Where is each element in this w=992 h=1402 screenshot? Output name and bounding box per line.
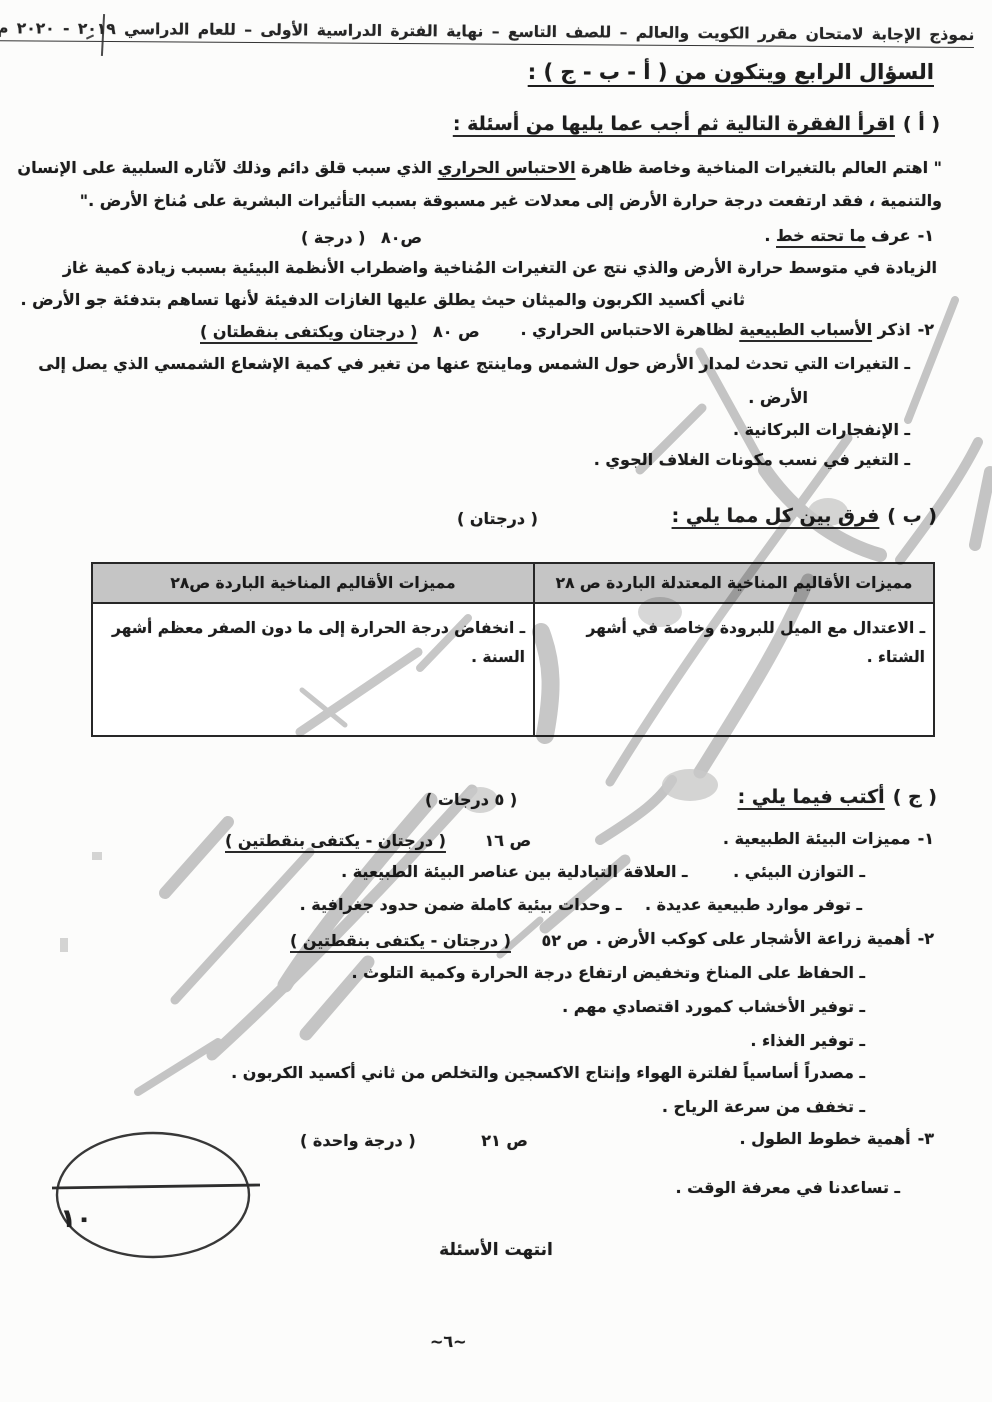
section-a-heading-text: اقرأ الفقرة التالية ثم أجب عما يليها من … (453, 113, 895, 135)
question-c3: ٣-أهمية خطوط الطول . (740, 1129, 935, 1148)
question-c2-number: ٢- (918, 929, 934, 948)
question-c2-refs: ص ٥٢ ( درجتان - يكتفى بنقطتين ) (290, 931, 588, 950)
page-number: ~٦~ (430, 1332, 467, 1351)
page-reference: ص ٢١ (481, 1131, 528, 1150)
passage-line-2: والتنمية ، فقد ارتفعت درجة حرارة الأرض إ… (80, 191, 942, 210)
table-header-temperate-cold: مميزات الأقاليم المناخية المعتدلة البارد… (533, 564, 933, 604)
answer-c1-bullet-4: ـ وحدات بيئية كاملة ضمن حدود جغرافية . (300, 895, 622, 914)
answer-c1-row-2: ـ توفر موارد طبيعية عديدة . ـ وحدات بيئي… (300, 895, 862, 914)
page-reference: ص ٥٢ (542, 931, 589, 950)
end-of-questions-text: انتهت الأسئلة (0, 1240, 992, 1260)
answer-a1-line-1: الزيادة في متوسط حرارة الأرض والذي نتج ع… (63, 258, 937, 277)
marks-note: ( درجتان - يكتفى بنقطتين ) (225, 831, 446, 850)
answer-c2-bullet-1: ـ الحفاظ على المناخ وتخفيض ارتفاع درجة ا… (351, 963, 865, 982)
answer-c1-row-1: ـ التوازن البيئي . ـ العلاقة التبادلية ب… (341, 862, 865, 881)
answer-c2-bullet-3: ـ توفير الغذاء . (750, 1031, 865, 1050)
page-reference: ص ٨٠ (433, 322, 480, 341)
page-reference: ص٨٠ (381, 228, 422, 247)
question-a1: ١-عرف ما تحته خط . (764, 226, 934, 245)
grade-stamp-total: ١٠ (60, 1204, 92, 1234)
answer-c2-bullet-4: ـ مصدراً أساسياً لفلترة الهواء وإنتاج ال… (231, 1063, 865, 1082)
question-c3-refs: ص ٢١ ( درجة واحدة ) (300, 1131, 528, 1150)
section-c-heading: ( ج )أكتب فيما يلي : (738, 786, 937, 808)
page-reference: ص ١٦ (485, 831, 532, 850)
document-header: نموذج الإجابة لامتحان مقرر الكويت والعال… (0, 19, 974, 48)
question-a1-refs: ص٨٠ ( درجة ) (301, 228, 422, 247)
answer-c1-bullet-1: ـ التوازن البيئي . (733, 862, 865, 881)
grade-stamp-line (52, 1185, 260, 1188)
section-b-heading-text: فرق بين كل مما يلي : (672, 505, 880, 527)
question-a1-number: ١- (918, 226, 934, 245)
question-title: السؤال الرابع ويتكون من ( أ - ب - ج ) : (528, 60, 934, 84)
section-c-heading-text: أكتب فيما يلي : (738, 786, 885, 808)
marks-note: ( درجتان - يكتفى بنقطتين ) (290, 931, 511, 950)
table-cell-temperate-cold: ـ الاعتدال مع الميل للبرودة وخاصة في أشه… (533, 604, 933, 735)
answer-c3-bullet-1: ـ تساعدنا في معرفة الوقت . (675, 1178, 900, 1197)
section-a-heading: ( أ )اقرأ الفقرة التالية ثم أجب عما يليه… (453, 113, 940, 135)
question-c1-number: ١- (918, 829, 934, 848)
question-c1: ١-مميزات البيئة الطبيعية . (723, 829, 934, 848)
answer-c2-bullet-2: ـ توفير الأخشاب كمورد اقتصادي مهم . (562, 997, 865, 1016)
answer-c1-bullet-3: ـ توفر موارد طبيعية عديدة . (645, 895, 862, 914)
passage-line-1: " اهتم العالم بالتغيرات المناخية وخاصة ظ… (17, 158, 942, 177)
section-c-marks: ( ٥ درجات ) (425, 790, 517, 809)
section-b-heading: ( ب )فرق بين كل مما يلي : (672, 505, 937, 527)
question-c3-number: ٣- (918, 1129, 934, 1148)
comparison-table: مميزات الأقاليم المناخية المعتدلة البارد… (91, 562, 935, 737)
answer-c2-bullet-5: ـ تخفف من سرعة الرياح . (662, 1097, 865, 1116)
exam-answer-sheet-page: نموذج الإجابة لامتحان مقرر الكويت والعال… (0, 0, 992, 1402)
section-a-label: ( أ ) (903, 113, 940, 135)
marks-note: ( درجة واحدة ) (300, 1131, 416, 1150)
answer-c1-bullet-2: ـ العلاقة التبادلية بين عناصر البيئة الط… (341, 862, 687, 881)
table-header-cold: مميزات الأقاليم المناخية الباردة ص٢٨ (93, 564, 533, 604)
answer-a2-bullet-3: ـ التغير في نسب مكونات الغلاف الجوي . (594, 450, 910, 469)
marks-note: ( درجة ) (301, 228, 365, 247)
section-b-marks: ( درجتان ) (457, 509, 538, 528)
question-c1-refs: ص ١٦ ( درجتان - يكتفى بنقطتين ) (225, 831, 531, 850)
question-a2: ٢-اذكر الأسباب الطبيعية لظاهرة الاحتباس … (520, 320, 934, 339)
answer-a2-bullet-1-wrap: الأرض . (748, 388, 808, 407)
marks-note: ( درجتان ويكتفى بنقطتان ) (200, 322, 417, 341)
question-a2-refs: ص ٨٠ ( درجتان ويكتفى بنقطتان ) (200, 322, 480, 341)
table-cell-cold: ـ انخفاض درجة الحرارة إلى ما دون الصفر م… (93, 604, 533, 735)
question-c2: ٢-أهمية زراعة الأشجار على كوكب الأرض . (596, 929, 934, 948)
answer-a1-line-2: ثاني أكسيد الكربون والميثان حيث يطلق علي… (21, 290, 745, 309)
section-b-label: ( ب ) (887, 505, 937, 527)
answer-a2-bullet-1: ـ التغيرات التي تحدث لمدار الأرض حول الش… (38, 354, 910, 373)
answer-a2-bullet-2: ـ الإنفجارات البركانية . (733, 420, 910, 439)
question-a2-number: ٢- (918, 320, 934, 339)
grade-stamp-circle (57, 1133, 249, 1257)
section-c-label: ( ج ) (893, 786, 937, 808)
underlined-term-greenhouse: الاحتباس الحراري (438, 158, 576, 177)
